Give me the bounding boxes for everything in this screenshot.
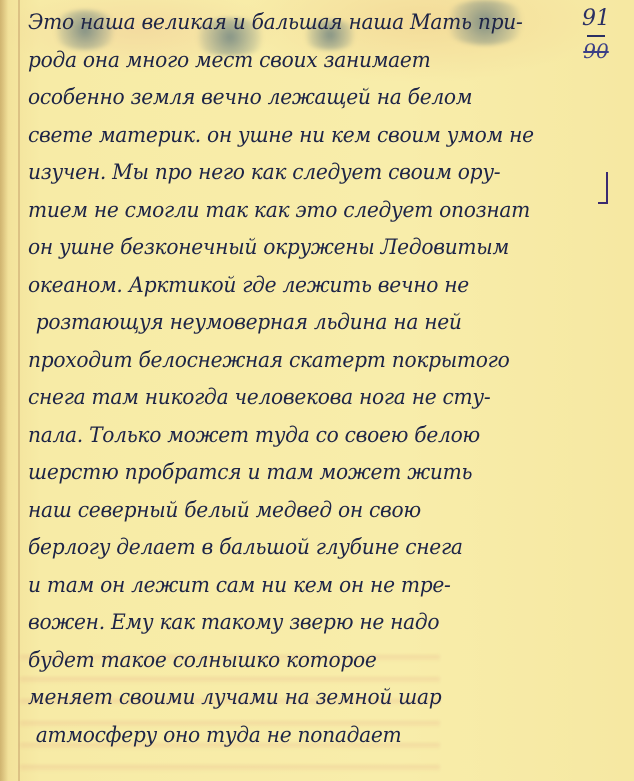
manuscript-page: 91 90 Это наша великая и бальшая наша Ма… <box>0 0 634 781</box>
text-line: пала. Только может туда со своею белою <box>28 417 588 455</box>
text-line: вожен. Ему как такому зверю не надо <box>28 604 588 642</box>
text-line: шерстю пробратся и там может жить <box>28 454 588 492</box>
text-line: свете материк. он ушне ни кем своим умом… <box>28 117 588 155</box>
text-line: он ушне безконечный окружены Ледовитым <box>28 229 588 267</box>
text-line: и там он лежит сам ни кем он не тре- <box>28 567 588 605</box>
text-line: изучен. Мы про него как следует своим ор… <box>28 154 588 192</box>
handwritten-text-body: Это наша великая и бальшая наша Мать при… <box>28 4 610 754</box>
text-line: наш северный белый медвед он свою <box>28 492 588 530</box>
text-line: Это наша великая и бальшая наша Мать при… <box>28 4 588 42</box>
text-line: берлогу делает в бальшой глубине снега <box>28 529 588 567</box>
text-line: проходит белоснежная скатерт покрытого <box>28 342 588 380</box>
text-line: особенно земля вечно лежащей на белом <box>28 79 588 117</box>
text-line: будет такое солнышко которое <box>28 642 588 680</box>
text-line: тием не смогли так как это следует опозн… <box>28 192 588 230</box>
text-line: снега там никогда человекова нога не сту… <box>28 379 588 417</box>
text-line: розтающуя неумоверная льдина на ней <box>28 304 588 342</box>
text-line: атмосферу оно туда не попадает <box>28 717 588 755</box>
text-line: океаном. Арктикой где лежить вечно не <box>28 267 588 305</box>
binding-shadow <box>0 0 8 781</box>
text-line: меняет своими лучами на земной шар <box>28 679 588 717</box>
text-line: рода она много мест своих занимает <box>28 42 588 80</box>
